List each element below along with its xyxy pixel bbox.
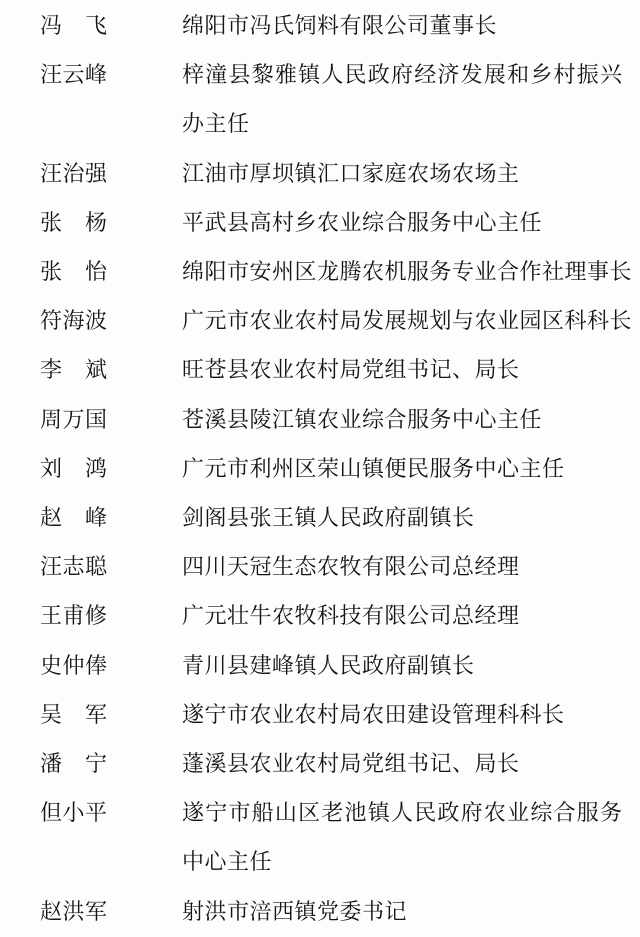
person-title: 广元市利州区荣山镇便民服务中心主任 [182,444,624,493]
person-title-line: 遂宁市农业农村局农田建设管理科科长 [182,690,624,739]
person-title-line: 四川天冠生态农牧有限公司总经理 [182,542,624,591]
person-title-line: 绵阳市冯氏饲料有限公司董事长 [182,1,624,50]
person-title: 蓬溪县农业农村局党组书记、局长 [182,739,624,788]
roster-row: 史仲俸 青川县建峰镇人民政府副镇长 [40,641,640,690]
person-name: 王甫修 [40,591,182,640]
roster-row: 刘 鸿 广元市利州区荣山镇便民服务中心主任 [40,444,640,493]
roster-row: 汪云峰 梓潼县黎雅镇人民政府经济发展和乡村振兴办主任 [40,50,640,148]
person-name: 潘 宁 [40,739,182,788]
person-title-line: 梓潼县黎雅镇人民政府经济发展和乡村振兴 [182,50,622,99]
person-title: 四川天冠生态农牧有限公司总经理 [182,542,624,591]
person-title: 剑阁县张王镇人民政府副镇长 [182,493,624,542]
person-title-line: 射洪市涪西镇党委书记 [182,887,624,936]
person-title: 平武县高村乡农业综合服务中心主任 [182,198,624,247]
person-name: 赵 峰 [40,493,182,542]
person-name: 史仲俸 [40,641,182,690]
roster-row: 符海波 广元市农业农村局发展规划与农业园区科科长 [40,296,640,345]
person-title: 遂宁市农业农村局农田建设管理科科长 [182,690,624,739]
person-title-line: 江油市厚坝镇汇口家庭农场农场主 [182,149,624,198]
personnel-roster: 冯 飞 绵阳市冯氏饲料有限公司董事长 汪云峰 梓潼县黎雅镇人民政府经济发展和乡村… [40,1,640,936]
person-name: 符海波 [40,296,182,345]
roster-row: 赵 峰 剑阁县张王镇人民政府副镇长 [40,493,640,542]
person-title-line: 绵阳市安州区龙腾农机服务专业合作社理事长 [182,247,624,296]
person-title: 射洪市涪西镇党委书记 [182,887,624,936]
roster-row: 赵洪军 射洪市涪西镇党委书记 [40,887,640,936]
roster-row: 吴 军 遂宁市农业农村局农田建设管理科科长 [40,690,640,739]
person-title-line: 苍溪县陵江镇农业综合服务中心主任 [182,395,624,444]
roster-row: 汪志聪 四川天冠生态农牧有限公司总经理 [40,542,640,591]
document-page: 冯 飞 绵阳市冯氏饲料有限公司董事长 汪云峰 梓潼县黎雅镇人民政府经济发展和乡村… [0,0,640,937]
person-title: 广元市农业农村局发展规划与农业园区科科长 [182,296,624,345]
person-title: 遂宁市船山区老池镇人民政府农业综合服务中心主任 [182,788,624,886]
person-name: 周万国 [40,395,182,444]
roster-row: 李 斌 旺苍县农业农村局党组书记、局长 [40,345,640,394]
person-name: 刘 鸿 [40,444,182,493]
person-title-line: 青川县建峰镇人民政府副镇长 [182,641,624,690]
person-title-line: 广元市农业农村局发展规划与农业园区科科长 [182,296,624,345]
roster-row: 周万国 苍溪县陵江镇农业综合服务中心主任 [40,395,640,444]
person-title-line: 遂宁市船山区老池镇人民政府农业综合服务 [182,788,622,837]
person-title: 绵阳市冯氏饲料有限公司董事长 [182,1,624,50]
person-title: 绵阳市安州区龙腾农机服务专业合作社理事长 [182,247,624,296]
person-name: 李 斌 [40,345,182,394]
person-name: 张 杨 [40,198,182,247]
person-title-line: 剑阁县张王镇人民政府副镇长 [182,493,624,542]
person-name: 但小平 [40,788,182,837]
person-title: 旺苍县农业农村局党组书记、局长 [182,345,624,394]
roster-row: 冯 飞 绵阳市冯氏饲料有限公司董事长 [40,1,640,50]
person-title: 青川县建峰镇人民政府副镇长 [182,641,624,690]
person-title: 梓潼县黎雅镇人民政府经济发展和乡村振兴办主任 [182,50,624,148]
roster-row: 潘 宁 蓬溪县农业农村局党组书记、局长 [40,739,640,788]
person-name: 汪云峰 [40,50,182,99]
person-name: 汪治强 [40,149,182,198]
person-title: 苍溪县陵江镇农业综合服务中心主任 [182,395,624,444]
person-title-line: 广元市利州区荣山镇便民服务中心主任 [182,444,624,493]
roster-row: 张 杨 平武县高村乡农业综合服务中心主任 [40,198,640,247]
person-title-line: 旺苍县农业农村局党组书记、局长 [182,345,624,394]
roster-row: 王甫修 广元壮牛农牧科技有限公司总经理 [40,591,640,640]
person-title-line: 广元壮牛农牧科技有限公司总经理 [182,591,624,640]
person-title-line: 平武县高村乡农业综合服务中心主任 [182,198,624,247]
roster-row: 但小平 遂宁市船山区老池镇人民政府农业综合服务中心主任 [40,788,640,886]
person-name: 冯 飞 [40,1,182,50]
person-title: 江油市厚坝镇汇口家庭农场农场主 [182,149,624,198]
person-name: 张 怡 [40,247,182,296]
person-name: 吴 军 [40,690,182,739]
person-title-line: 蓬溪县农业农村局党组书记、局长 [182,739,624,788]
person-name: 汪志聪 [40,542,182,591]
roster-row: 汪治强 江油市厚坝镇汇口家庭农场农场主 [40,149,640,198]
person-title-line: 办主任 [182,99,624,148]
person-name: 赵洪军 [40,887,182,936]
roster-row: 张 怡 绵阳市安州区龙腾农机服务专业合作社理事长 [40,247,640,296]
person-title: 广元壮牛农牧科技有限公司总经理 [182,591,624,640]
person-title-line: 中心主任 [182,837,624,886]
